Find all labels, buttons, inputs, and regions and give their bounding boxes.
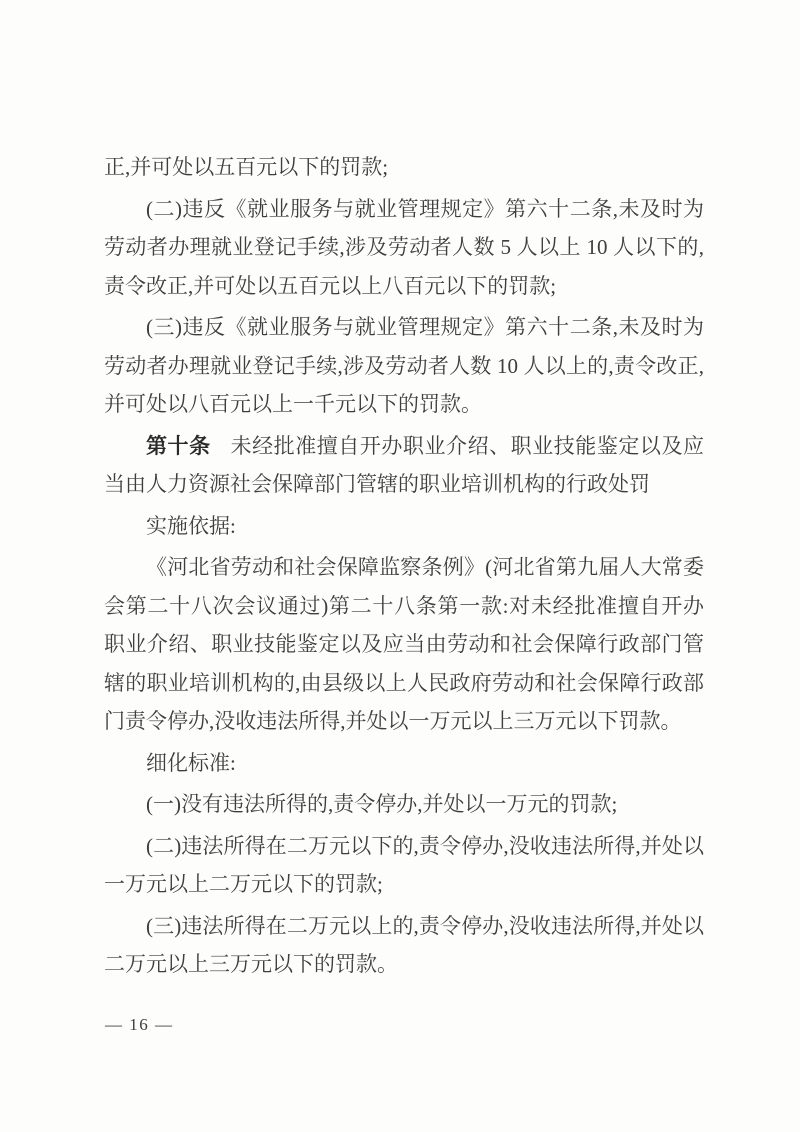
- paragraph-text: 正,并可处以五百元以下的罚款;: [104, 155, 388, 179]
- paragraph-text: (三)违法所得在二万元以上的,责令停办,没收违法所得,并处以二万元以上三万元以下…: [104, 914, 704, 977]
- paragraph: 实施依据:: [104, 507, 704, 546]
- article-number: 第十条: [146, 434, 211, 458]
- paragraph: (二)违反《就业服务与就业管理规定》第六十二条,未及时为劳动者办理就业登记手续,…: [104, 190, 704, 306]
- page-number: — 16 —: [105, 1013, 174, 1037]
- paragraph: (三)违法所得在二万元以上的,责令停办,没收违法所得,并处以二万元以上三万元以下…: [104, 907, 704, 984]
- paragraph-text: 《河北省劳动和社会保障监察条例》(河北省第九届人大常委会第二十八次会议通过)第二…: [104, 555, 704, 733]
- document-body: 正,并可处以五百元以下的罚款;(二)违反《就业服务与就业管理规定》第六十二条,未…: [104, 148, 704, 984]
- paragraph-text: (三)违反《就业服务与就业管理规定》第六十二条,未及时为劳动者办理就业登记手续,…: [104, 315, 704, 416]
- paragraph-text: 细化标准:: [146, 751, 236, 775]
- paragraph: 《河北省劳动和社会保障监察条例》(河北省第九届人大常委会第二十八次会议通过)第二…: [104, 548, 704, 741]
- paragraph-text: (一)没有违法所得的,责令停办,并处以一万元的罚款;: [146, 792, 617, 816]
- paragraph: 细化标准:: [104, 744, 704, 783]
- document-page: 正,并可处以五百元以下的罚款;(二)违反《就业服务与就业管理规定》第六十二条,未…: [0, 0, 800, 1132]
- paragraph: (一)没有违法所得的,责令停办,并处以一万元的罚款;: [104, 785, 704, 824]
- paragraph-text: (二)违反《就业服务与就业管理规定》第六十二条,未及时为劳动者办理就业登记手续,…: [104, 197, 704, 298]
- paragraph: 第十条未经批准擅自开办职业介绍、职业技能鉴定以及应当由人力资源社会保障部门管辖的…: [104, 427, 704, 504]
- paragraph: 正,并可处以五百元以下的罚款;: [104, 148, 704, 187]
- paragraph-text: (二)违法所得在二万元以下的,责令停办,没收违法所得,并处以一万元以上二万元以下…: [104, 834, 704, 897]
- paragraph-text: 实施依据:: [146, 514, 236, 538]
- paragraph: (三)违反《就业服务与就业管理规定》第六十二条,未及时为劳动者办理就业登记手续,…: [104, 308, 704, 424]
- paragraph: (二)违法所得在二万元以下的,责令停办,没收违法所得,并处以一万元以上二万元以下…: [104, 827, 704, 904]
